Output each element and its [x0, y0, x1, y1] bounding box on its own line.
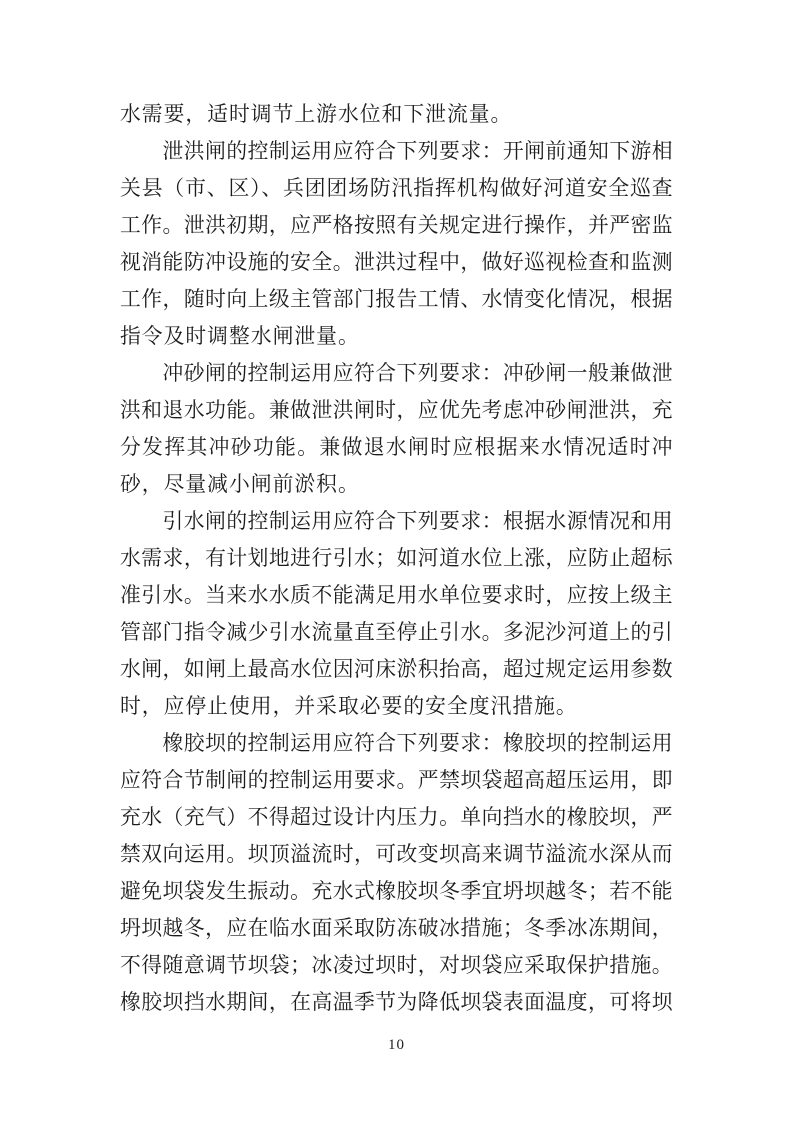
text-line: 充水（充气）不得超过设计内压力。单向挡水的橡胶坝，严 — [120, 799, 673, 836]
text-line: 水需要，适时调节上游水位和下泄流量。 — [120, 96, 673, 133]
text-line: 准引水。当来水水质不能满足用水单位要求时，应按上级主 — [120, 577, 673, 614]
text-line: 管部门指令减少引水流量直至停止引水。多泥沙河道上的引 — [120, 614, 673, 651]
text-line: 橡胶坝挡水期间，在高温季节为降低坝袋表面温度，可将坝 — [120, 984, 673, 1021]
document-page: 水需要，适时调节上游水位和下泄流量。泄洪闸的控制运用应符合下列要求：开闸前通知下… — [0, 0, 793, 1122]
text-line: 橡胶坝的控制运用应符合下列要求：橡胶坝的控制运用 — [120, 725, 673, 762]
text-line: 泄洪闸的控制运用应符合下列要求：开闸前通知下游相 — [120, 133, 673, 170]
text-line: 坍坝越冬，应在临水面采取防冻破冰措施；冬季冰冻期间， — [120, 910, 673, 947]
text-line: 水闸，如闸上最高水位因河床淤积抬高，超过规定运用参数 — [120, 651, 673, 688]
text-line: 引水闸的控制运用应符合下列要求：根据水源情况和用 — [120, 503, 673, 540]
text-line: 工作。泄洪初期，应严格按照有关规定进行操作，并严密监 — [120, 207, 673, 244]
text-line: 避免坝袋发生振动。充水式橡胶坝冬季宜坍坝越冬；若不能 — [120, 873, 673, 910]
page-number: 10 — [0, 1034, 793, 1056]
text-line: 冲砂闸的控制运用应符合下列要求：冲砂闸一般兼做泄 — [120, 355, 673, 392]
text-line: 不得随意调节坝袋；冰凌过坝时，对坝袋应采取保护措施。 — [120, 947, 673, 984]
text-line: 视消能防冲设施的安全。泄洪过程中，做好巡视检查和监测 — [120, 244, 673, 281]
text-line: 水需求，有计划地进行引水；如河道水位上涨，应防止超标 — [120, 540, 673, 577]
text-line: 禁双向运用。坝顶溢流时，可改变坝高来调节溢流水深从而 — [120, 836, 673, 873]
text-line: 工作，随时向上级主管部门报告工情、水情变化情况，根据 — [120, 281, 673, 318]
document-body: 水需要，适时调节上游水位和下泄流量。泄洪闸的控制运用应符合下列要求：开闸前通知下… — [120, 96, 673, 1021]
text-line: 关县（市、区）、兵团团场防汛指挥机构做好河道安全巡查 — [120, 170, 673, 207]
text-line: 洪和退水功能。兼做泄洪闸时，应优先考虑冲砂闸泄洪，充 — [120, 392, 673, 429]
text-line: 分发挥其冲砂功能。兼做退水闸时应根据来水情况适时冲 — [120, 429, 673, 466]
text-line: 砂，尽量减小闸前淤积。 — [120, 466, 673, 503]
text-line: 应符合节制闸的控制运用要求。严禁坝袋超高超压运用，即 — [120, 762, 673, 799]
text-line: 指令及时调整水闸泄量。 — [120, 318, 673, 355]
text-line: 时，应停止使用，并采取必要的安全度汛措施。 — [120, 688, 673, 725]
